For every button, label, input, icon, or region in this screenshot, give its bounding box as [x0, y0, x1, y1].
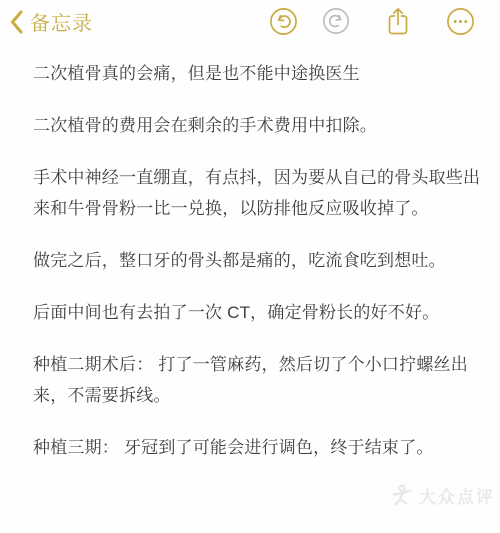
note-paragraph: 后面中间也有去拍了一次 CT，确定骨粉长的好不好。 — [33, 297, 483, 328]
share-icon[interactable] — [386, 6, 410, 36]
redo-icon[interactable] — [322, 7, 350, 35]
back-chevron-icon — [10, 10, 23, 34]
back-button-label: 备忘录 — [30, 7, 93, 36]
note-body[interactable]: 二次植骨真的会痛，但是也不能中途换医生 二次植骨的费用会在剩余的手术费用中扣除。… — [0, 46, 500, 484]
back-button[interactable]: 备忘录 — [10, 7, 93, 36]
note-paragraph: 种植二期术后： 打了一管麻药，然后切了个小口拧螺丝出来，不需要拆线。 — [33, 349, 483, 411]
more-options-icon[interactable] — [446, 7, 475, 36]
toolbar-icon-group — [269, 6, 475, 36]
dianping-figure-icon — [390, 484, 416, 508]
note-paragraph: 二次植骨的费用会在剩余的手术费用中扣除。 — [33, 110, 483, 141]
note-paragraph: 做完之后，整口牙的骨头都是痛的，吃流食吃到想吐。 — [33, 245, 483, 276]
top-navigation-bar: 备忘录 — [0, 0, 500, 46]
note-paragraph: 种植三期： 牙冠到了可能会进行调色，终于结束了。 — [33, 432, 483, 463]
bottom-watermark: 大众点评 — [390, 483, 495, 508]
notes-app-window: 大众点评 备忘录 — [0, 0, 500, 533]
bottom-watermark-text: 大众点评 — [419, 483, 495, 508]
note-paragraph: 手术中神经一直绷直，有点抖，因为要从自己的骨头取些出来和牛骨骨粉一比一兑换，以防… — [33, 162, 483, 224]
undo-icon[interactable] — [269, 7, 298, 36]
note-paragraph: 二次植骨真的会痛，但是也不能中途换医生 — [33, 58, 483, 89]
